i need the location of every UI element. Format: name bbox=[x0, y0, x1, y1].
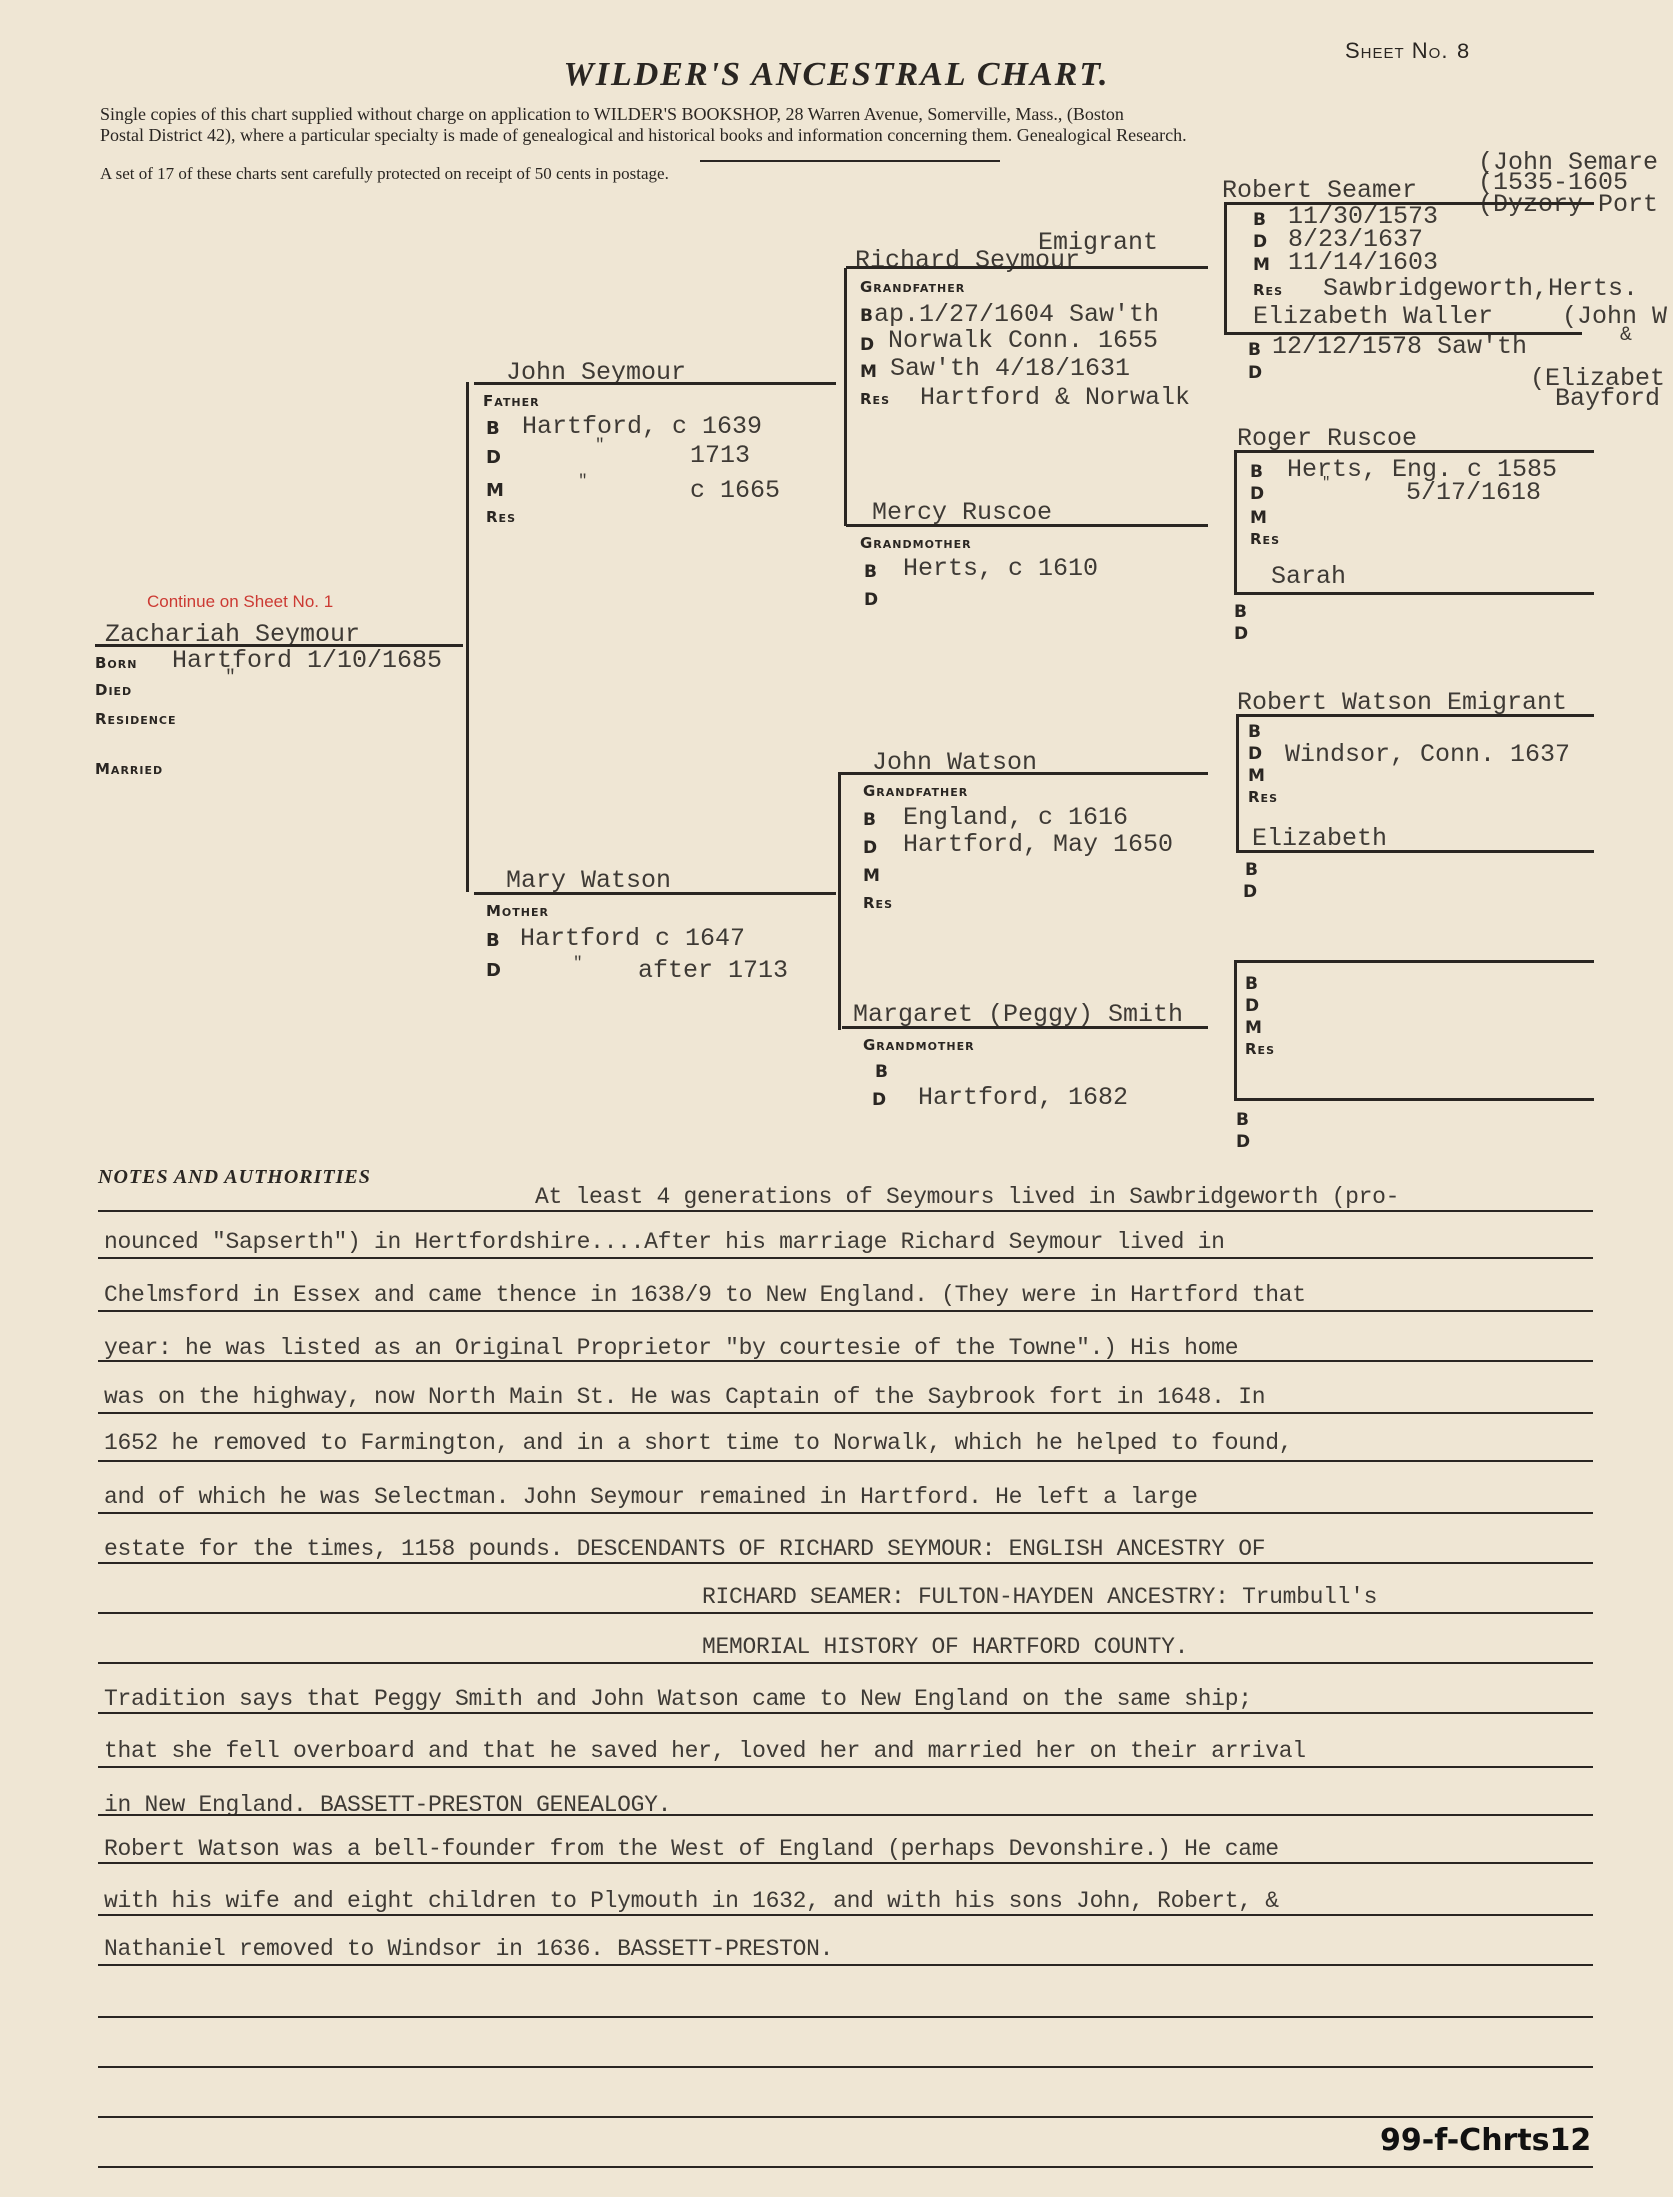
gg4-res-label: Res bbox=[1245, 1040, 1275, 1058]
gg2-died: 5/17/1618 bbox=[1406, 478, 1541, 507]
gg4-bracket bbox=[1234, 963, 1237, 1099]
notes-line: RICHARD SEAMER: FULTON-HAYDEN ANCESTRY: … bbox=[702, 1584, 1377, 1610]
notes-line: 1652 he removed to Farmington, and in a … bbox=[104, 1430, 1292, 1456]
notes-rule bbox=[98, 1412, 1593, 1414]
notes-line: and of which he was Selectman. John Seym… bbox=[104, 1484, 1198, 1510]
gg1-wife-born: 12/12/1578 Saw'th bbox=[1272, 332, 1527, 361]
maternal-grandfather-died: Hartford, May 1650 bbox=[903, 830, 1173, 859]
gg1-b-label: B bbox=[1253, 210, 1267, 230]
notes-rule bbox=[98, 1512, 1593, 1514]
notes-rule bbox=[98, 1310, 1593, 1312]
gg2-wife-d-label: D bbox=[1234, 624, 1249, 644]
born-label: Born bbox=[95, 654, 137, 672]
maternal-grandmother-line bbox=[842, 1026, 1208, 1029]
gg4-wife-line bbox=[1234, 1098, 1594, 1101]
subject-born: Hartford 1/10/1685 bbox=[172, 646, 442, 675]
gg2-wife-name: Sarah bbox=[1271, 562, 1346, 591]
gg3-d-label: D bbox=[1248, 744, 1263, 764]
gg2-d-label: D bbox=[1250, 484, 1265, 504]
notes-rule bbox=[98, 1766, 1593, 1768]
gg1-wife-b-label: B bbox=[1248, 340, 1262, 360]
gg4-d-label: D bbox=[1245, 996, 1260, 1016]
mother-d-ditto: " bbox=[573, 954, 583, 972]
mother-bracket bbox=[838, 772, 841, 1030]
gg2-line bbox=[1234, 450, 1594, 453]
gg2-b-label: B bbox=[1250, 462, 1264, 482]
notes-line: nounced "Sapserth") in Hertfordshire....… bbox=[104, 1229, 1225, 1255]
gg3-bracket bbox=[1236, 717, 1239, 851]
father-res-label: Res bbox=[486, 508, 516, 526]
mgf-m-label: M bbox=[863, 866, 881, 886]
notes-rule-blank bbox=[98, 2066, 1593, 2068]
gg1-wife-d-label: D bbox=[1248, 363, 1263, 383]
pgf-d-label: D bbox=[860, 335, 875, 355]
married-label: Married bbox=[95, 760, 163, 778]
notes-line: MEMORIAL HISTORY OF HARTFORD COUNTY. bbox=[702, 1634, 1188, 1660]
paternal-grandmother-born: Herts, c 1610 bbox=[903, 554, 1098, 583]
gg1-name: Robert Seamer bbox=[1222, 176, 1417, 205]
mother-name: Mary Watson bbox=[506, 866, 671, 895]
pgf-res-label: Res bbox=[860, 390, 890, 408]
gg2-res-label: Res bbox=[1250, 530, 1280, 548]
died-label: Died bbox=[95, 681, 132, 699]
chart-title: WILDER'S ANCESTRAL CHART. bbox=[0, 56, 1673, 94]
postage-notice: A set of 17 of these charts sent careful… bbox=[100, 164, 669, 184]
gg1-bracket bbox=[1224, 205, 1227, 333]
father-b-label: B bbox=[486, 418, 501, 439]
notes-rule bbox=[98, 1662, 1593, 1664]
notes-line: with his wife and eight children to Plym… bbox=[104, 1888, 1279, 1914]
gg3-line bbox=[1236, 714, 1594, 717]
notes-rule-blank bbox=[98, 2116, 1593, 2118]
supply-line-1: Single copies of this chart supplied wit… bbox=[100, 104, 1600, 125]
gg4-line bbox=[1234, 960, 1594, 963]
gg1-m-label: M bbox=[1253, 255, 1271, 275]
mother-role: Mother bbox=[486, 902, 549, 920]
maternal-grandmother-died: Hartford, 1682 bbox=[918, 1083, 1128, 1112]
gg3-res-label: Res bbox=[1248, 788, 1278, 806]
gg1-residence: Sawbridgeworth,Herts. bbox=[1323, 274, 1638, 303]
mother-line bbox=[474, 892, 836, 895]
gg4-b-label: B bbox=[1245, 974, 1259, 994]
residence-label: Residence bbox=[95, 710, 177, 728]
gg3-wife-name: Elizabeth bbox=[1252, 824, 1387, 853]
father-bracket bbox=[844, 268, 847, 526]
notes-line: Nathaniel removed to Windsor in 1636. BA… bbox=[104, 1936, 833, 1962]
gg2-m-label: M bbox=[1250, 508, 1268, 528]
gg3-m-label: M bbox=[1248, 766, 1266, 786]
notes-rule bbox=[98, 1914, 1593, 1916]
gg2-name: Roger Ruscoe bbox=[1237, 424, 1417, 453]
pgm-d-label: D bbox=[864, 590, 879, 610]
paternal-grandfather-name: Richard Seymour bbox=[855, 246, 1080, 275]
notes-rule bbox=[98, 1612, 1593, 1614]
gg1-d-label: D bbox=[1253, 232, 1268, 252]
paternal-grandmother-line bbox=[846, 524, 1208, 527]
father-died: 1713 bbox=[690, 441, 750, 470]
notes-line: At least 4 generations of Seymours lived… bbox=[535, 1184, 1399, 1210]
paternal-grandfather-married: Saw'th 4/18/1631 bbox=[890, 354, 1130, 383]
continue-note: Continue on Sheet No. 1 bbox=[147, 592, 333, 612]
gg1-wife-parents-note-1: (John W bbox=[1562, 302, 1667, 331]
notes-line: that she fell overboard and that he save… bbox=[104, 1738, 1306, 1764]
paternal-grandmother-name: Mercy Ruscoe bbox=[872, 498, 1052, 527]
gg1-res-label: Res bbox=[1253, 281, 1283, 299]
mother-d-label: D bbox=[486, 960, 502, 981]
father-born: Hartford, c 1639 bbox=[522, 412, 762, 441]
gg4-wife-b-label: B bbox=[1236, 1110, 1250, 1130]
gg2-d-ditto: " bbox=[1322, 475, 1330, 491]
maternal-grandmother-name: Margaret (Peggy) Smith bbox=[853, 1000, 1183, 1029]
gg3-wife-b-label: B bbox=[1245, 860, 1259, 880]
father-d-ditto: " bbox=[595, 436, 605, 454]
gg1-wife-name: Elizabeth Waller bbox=[1253, 302, 1493, 331]
gg2-bracket bbox=[1234, 453, 1237, 593]
father-d-label: D bbox=[486, 447, 502, 468]
mgm-d-label: D bbox=[872, 1090, 887, 1110]
gg2-wife-line bbox=[1234, 592, 1594, 595]
notes-line: Chelmsford in Essex and came thence in 1… bbox=[104, 1282, 1306, 1308]
father-m-ditto: " bbox=[578, 472, 588, 490]
notes-heading: NOTES AND AUTHORITIES bbox=[98, 1166, 371, 1189]
notes-rule bbox=[98, 1460, 1593, 1462]
maternal-grandfather-role: Grandfather bbox=[863, 782, 968, 800]
notes-line: year: he was listed as an Original Propr… bbox=[104, 1335, 1238, 1361]
gg3-b-label: B bbox=[1248, 722, 1262, 742]
maternal-grandmother-role: Grandmother bbox=[863, 1036, 975, 1054]
notes-rule bbox=[98, 1210, 1593, 1212]
notes-rule bbox=[98, 1814, 1593, 1816]
notes-rule bbox=[98, 1862, 1593, 1864]
paternal-grandfather-line bbox=[846, 266, 1208, 269]
gg3-wife-line bbox=[1236, 850, 1594, 853]
notes-line: Tradition says that Peggy Smith and John… bbox=[104, 1686, 1252, 1712]
notes-line: was on the highway, now North Main St. H… bbox=[104, 1384, 1265, 1410]
gg3-name: Robert Watson Emigrant bbox=[1237, 688, 1567, 717]
gg1-wife-parents-note-2: & bbox=[1620, 324, 1632, 347]
mother-died: after 1713 bbox=[638, 956, 788, 985]
pgf-m-label: M bbox=[860, 362, 878, 382]
maternal-grandfather-born: England, c 1616 bbox=[903, 803, 1128, 832]
gg3-died: Windsor, Conn. 1637 bbox=[1285, 740, 1570, 769]
notes-rule bbox=[98, 1712, 1593, 1714]
supply-line-2: Postal District 42), where a particular … bbox=[100, 125, 1600, 146]
gg1-married: 11/14/1603 bbox=[1288, 248, 1438, 277]
notes-line: estate for the times, 1158 pounds. DESCE… bbox=[104, 1536, 1265, 1562]
gg1-wife-parents-note-4: Bayford bbox=[1555, 384, 1660, 413]
paternal-grandfather-residence: Hartford & Norwalk bbox=[920, 383, 1190, 412]
notes-rule bbox=[98, 1360, 1593, 1362]
pgm-b-label: B bbox=[864, 562, 878, 582]
gg4-wife-d-label: D bbox=[1236, 1132, 1251, 1152]
gg3-wife-d-label: D bbox=[1243, 882, 1258, 902]
notes-rule bbox=[98, 1562, 1593, 1564]
father-m-label: M bbox=[486, 480, 505, 501]
header-divider bbox=[700, 160, 1000, 162]
maternal-grandfather-line bbox=[840, 772, 1208, 775]
notes-rule bbox=[98, 1964, 1593, 1966]
gg4-m-label: M bbox=[1245, 1018, 1263, 1038]
notes-rule-blank bbox=[98, 2016, 1593, 2018]
paternal-grandfather-died: Norwalk Conn. 1655 bbox=[888, 326, 1158, 355]
paternal-grandmother-role: Grandmother bbox=[860, 534, 972, 552]
mother-b-label: B bbox=[486, 930, 501, 951]
mother-born: Hartford c 1647 bbox=[520, 924, 745, 953]
mgf-b-label: B bbox=[863, 810, 877, 830]
catalog-code: 99-f-Chrts12 bbox=[1380, 2123, 1591, 2158]
supply-notice: Single copies of this chart supplied wit… bbox=[100, 104, 1600, 146]
mgf-d-label: D bbox=[863, 838, 878, 858]
father-married: c 1665 bbox=[690, 476, 780, 505]
father-line bbox=[474, 382, 836, 385]
subject-died: " bbox=[225, 668, 236, 688]
notes-line: Robert Watson was a bell-founder from th… bbox=[104, 1836, 1279, 1862]
mgf-res-label: Res bbox=[863, 894, 893, 912]
paternal-grandfather-born: ap.1/27/1604 Saw'th bbox=[874, 300, 1159, 329]
subject-bracket bbox=[466, 382, 469, 892]
paternal-grandfather-role: Grandfather bbox=[860, 278, 965, 296]
notes-rule bbox=[98, 1257, 1593, 1259]
gg2-wife-b-label: B bbox=[1234, 602, 1248, 622]
pgf-b-label: B bbox=[860, 306, 874, 326]
notes-rule-blank bbox=[98, 2166, 1593, 2168]
father-role: Father bbox=[483, 392, 540, 410]
mgm-b-label: B bbox=[875, 1062, 889, 1082]
